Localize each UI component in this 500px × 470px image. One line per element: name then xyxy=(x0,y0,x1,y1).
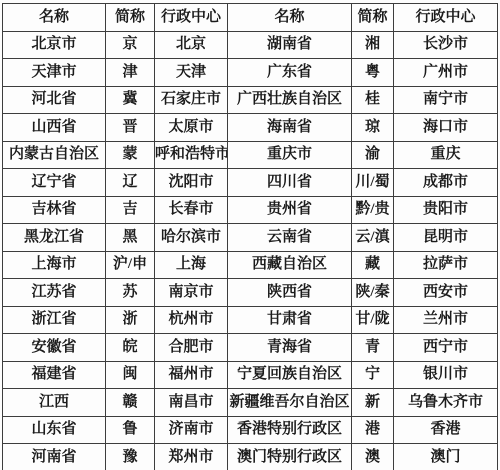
cell-abbr-left: 京 xyxy=(106,31,155,59)
cell-abbr-left: 黑 xyxy=(106,224,155,252)
cell-name-left: 内蒙古自治区 xyxy=(3,141,106,169)
cell-capital-left: 南京市 xyxy=(155,279,228,307)
cell-name-right: 新疆维吾尔自治区 xyxy=(228,389,352,417)
cell-name-right: 重庆市 xyxy=(228,141,352,169)
cell-abbr-right: 藏 xyxy=(352,251,394,279)
cell-capital-left: 郑州市 xyxy=(155,444,228,470)
cell-name-left: 福建省 xyxy=(3,361,106,389)
cell-abbr-left: 津 xyxy=(106,59,155,87)
cell-name-left: 山西省 xyxy=(3,114,106,142)
cell-name-left: 河南省 xyxy=(3,444,106,470)
cell-name-right: 海南省 xyxy=(228,114,352,142)
col-header-abbr-right: 简称 xyxy=(352,4,394,32)
table-row: 天津市津天津广东省粤广州市 xyxy=(3,59,498,87)
cell-abbr-right: 桂 xyxy=(352,86,394,114)
cell-abbr-right: 琼 xyxy=(352,114,394,142)
col-header-capital-right: 行政中心 xyxy=(394,4,498,32)
cell-abbr-left: 鲁 xyxy=(106,416,155,444)
cell-capital-left: 沈阳市 xyxy=(155,169,228,197)
cell-name-left: 黑龙江省 xyxy=(3,224,106,252)
table-row: 安徽省皖合肥市青海省青西宁市 xyxy=(3,334,498,362)
table-row: 上海市沪/申上海西藏自治区藏拉萨市 xyxy=(3,251,498,279)
province-abbreviation-table: 名称简称行政中心名称简称行政中心 北京市京北京湖南省湘长沙市天津市津天津广东省粤… xyxy=(2,3,498,470)
table-row: 河北省冀石家庄市广西壮族自治区桂南宁市 xyxy=(3,86,498,114)
cell-capital-left: 济南市 xyxy=(155,416,228,444)
cell-capital-right: 澳门 xyxy=(394,444,498,470)
cell-name-right: 香港特别行政区 xyxy=(228,416,352,444)
cell-name-left: 河北省 xyxy=(3,86,106,114)
cell-name-left: 山东省 xyxy=(3,416,106,444)
cell-abbr-right: 黔/贵 xyxy=(352,196,394,224)
cell-abbr-left: 吉 xyxy=(106,196,155,224)
cell-capital-left: 上海 xyxy=(155,251,228,279)
cell-capital-right: 成都市 xyxy=(394,169,498,197)
cell-name-right: 澳门特别行政区 xyxy=(228,444,352,470)
cell-capital-right: 拉萨市 xyxy=(394,251,498,279)
col-header-name-left: 名称 xyxy=(3,4,106,32)
cell-name-left: 北京市 xyxy=(3,31,106,59)
cell-name-right: 广东省 xyxy=(228,59,352,87)
page: 名称简称行政中心名称简称行政中心 北京市京北京湖南省湘长沙市天津市津天津广东省粤… xyxy=(0,0,500,470)
cell-abbr-right: 云/滇 xyxy=(352,224,394,252)
table-row: 福建省闽福州市宁夏回族自治区宁银川市 xyxy=(3,361,498,389)
cell-name-left: 上海市 xyxy=(3,251,106,279)
table-row: 黑龙江省黑哈尔滨市云南省云/滇昆明市 xyxy=(3,224,498,252)
cell-abbr-right: 渝 xyxy=(352,141,394,169)
table-row: 江苏省苏南京市陕西省陕/秦西安市 xyxy=(3,279,498,307)
cell-name-right: 贵州省 xyxy=(228,196,352,224)
cell-abbr-left: 晋 xyxy=(106,114,155,142)
table-row: 山西省晋太原市海南省琼海口市 xyxy=(3,114,498,142)
cell-abbr-left: 浙 xyxy=(106,306,155,334)
cell-abbr-right: 川/蜀 xyxy=(352,169,394,197)
cell-abbr-right: 澳 xyxy=(352,444,394,470)
cell-capital-left: 南昌市 xyxy=(155,389,228,417)
cell-name-right: 青海省 xyxy=(228,334,352,362)
table-row: 江西赣南昌市新疆维吾尔自治区新乌鲁木齐市 xyxy=(3,389,498,417)
table-row: 内蒙古自治区蒙呼和浩特市重庆市渝重庆 xyxy=(3,141,498,169)
cell-capital-left: 石家庄市 xyxy=(155,86,228,114)
table-row: 河南省豫郑州市澳门特别行政区澳澳门 xyxy=(3,444,498,470)
cell-abbr-left: 冀 xyxy=(106,86,155,114)
col-header-capital-left: 行政中心 xyxy=(155,4,228,32)
cell-capital-left: 哈尔滨市 xyxy=(155,224,228,252)
cell-name-right: 湖南省 xyxy=(228,31,352,59)
cell-abbr-left: 闽 xyxy=(106,361,155,389)
cell-capital-right: 重庆 xyxy=(394,141,498,169)
cell-name-right: 宁夏回族自治区 xyxy=(228,361,352,389)
cell-capital-right: 香港 xyxy=(394,416,498,444)
cell-abbr-left: 辽 xyxy=(106,169,155,197)
table-row: 辽宁省辽沈阳市四川省川/蜀成都市 xyxy=(3,169,498,197)
cell-name-left: 安徽省 xyxy=(3,334,106,362)
cell-name-right: 云南省 xyxy=(228,224,352,252)
cell-capital-right: 乌鲁木齐市 xyxy=(394,389,498,417)
cell-name-right: 四川省 xyxy=(228,169,352,197)
col-header-name-right: 名称 xyxy=(228,4,352,32)
cell-abbr-right: 青 xyxy=(352,334,394,362)
cell-abbr-left: 蒙 xyxy=(106,141,155,169)
cell-capital-right: 广州市 xyxy=(394,59,498,87)
cell-name-right: 陕西省 xyxy=(228,279,352,307)
cell-abbr-left: 皖 xyxy=(106,334,155,362)
cell-name-right: 西藏自治区 xyxy=(228,251,352,279)
cell-name-left: 天津市 xyxy=(3,59,106,87)
cell-capital-left: 呼和浩特市 xyxy=(155,141,228,169)
cell-name-left: 浙江省 xyxy=(3,306,106,334)
cell-abbr-right: 宁 xyxy=(352,361,394,389)
cell-name-left: 吉林省 xyxy=(3,196,106,224)
cell-capital-right: 海口市 xyxy=(394,114,498,142)
table-body: 北京市京北京湖南省湘长沙市天津市津天津广东省粤广州市河北省冀石家庄市广西壮族自治… xyxy=(3,31,498,470)
cell-capital-left: 合肥市 xyxy=(155,334,228,362)
table-head: 名称简称行政中心名称简称行政中心 xyxy=(3,4,498,32)
cell-capital-left: 太原市 xyxy=(155,114,228,142)
table-row: 北京市京北京湖南省湘长沙市 xyxy=(3,31,498,59)
cell-capital-right: 长沙市 xyxy=(394,31,498,59)
cell-abbr-left: 沪/申 xyxy=(106,251,155,279)
cell-capital-right: 昆明市 xyxy=(394,224,498,252)
cell-capital-right: 西宁市 xyxy=(394,334,498,362)
cell-abbr-right: 甘/陇 xyxy=(352,306,394,334)
cell-capital-right: 南宁市 xyxy=(394,86,498,114)
cell-abbr-right: 湘 xyxy=(352,31,394,59)
cell-name-left: 江苏省 xyxy=(3,279,106,307)
cell-abbr-left: 赣 xyxy=(106,389,155,417)
cell-abbr-right: 新 xyxy=(352,389,394,417)
cell-abbr-right: 港 xyxy=(352,416,394,444)
cell-name-right: 广西壮族自治区 xyxy=(228,86,352,114)
cell-capital-right: 银川市 xyxy=(394,361,498,389)
cell-capital-left: 福州市 xyxy=(155,361,228,389)
cell-capital-right: 兰州市 xyxy=(394,306,498,334)
table-row: 吉林省吉长春市贵州省黔/贵贵阳市 xyxy=(3,196,498,224)
cell-abbr-left: 苏 xyxy=(106,279,155,307)
cell-name-left: 辽宁省 xyxy=(3,169,106,197)
cell-name-right: 甘肃省 xyxy=(228,306,352,334)
cell-capital-left: 长春市 xyxy=(155,196,228,224)
cell-abbr-left: 豫 xyxy=(106,444,155,470)
table-row: 山东省鲁济南市香港特别行政区港香港 xyxy=(3,416,498,444)
cell-name-left: 江西 xyxy=(3,389,106,417)
header-row: 名称简称行政中心名称简称行政中心 xyxy=(3,4,498,32)
cell-capital-right: 贵阳市 xyxy=(394,196,498,224)
cell-capital-left: 杭州市 xyxy=(155,306,228,334)
col-header-abbr-left: 简称 xyxy=(106,4,155,32)
cell-abbr-right: 粤 xyxy=(352,59,394,87)
cell-capital-left: 北京 xyxy=(155,31,228,59)
cell-abbr-right: 陕/秦 xyxy=(352,279,394,307)
table-row: 浙江省浙杭州市甘肃省甘/陇兰州市 xyxy=(3,306,498,334)
cell-capital-left: 天津 xyxy=(155,59,228,87)
cell-capital-right: 西安市 xyxy=(394,279,498,307)
